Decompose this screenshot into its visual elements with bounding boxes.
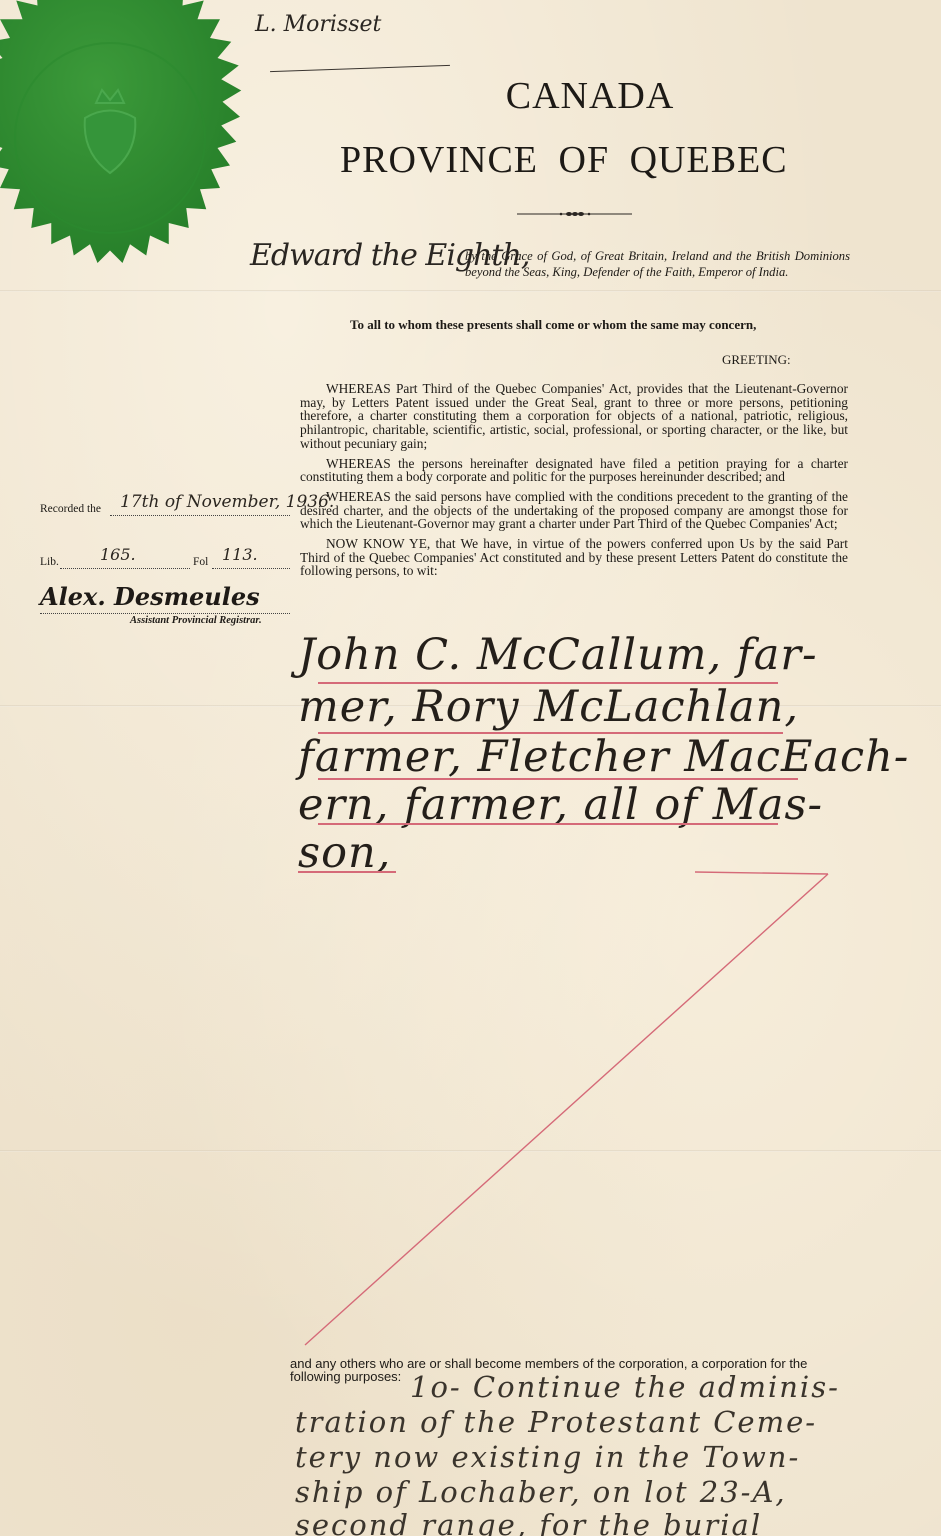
paper-fold (0, 1150, 941, 1152)
paragraph-now-know-ye: NOW KNOW YE, that We have, in virtue of … (300, 537, 848, 578)
purposes-line-2: tration of the Protestant Ceme- (295, 1405, 817, 1439)
greeting: GREETING: (722, 352, 791, 368)
signature-underline (270, 65, 450, 72)
persons-line-2: mer, Rory McLachlan, (298, 682, 799, 732)
addressee-line: To all to whom these presents shall come… (350, 317, 756, 333)
fol-label: Fol (193, 556, 208, 568)
lib-value: 165. (100, 545, 136, 564)
fol-dotted-line (212, 568, 290, 569)
top-signature: L. Morisset (255, 12, 381, 37)
purposes-line-5: second range, for the burial (295, 1508, 762, 1536)
purposes-line-4: ship of Lochaber, on lot 23-A, (295, 1475, 787, 1509)
fol-value: 113. (222, 545, 258, 564)
sovereign-titles: by the Grace of God, of Great Britain, I… (465, 248, 850, 280)
registrar-dotted-line (40, 613, 290, 614)
registrar-signature: Alex. Desmeules (40, 582, 260, 611)
registrar-title: Assistant Provincial Registrar. (130, 615, 262, 626)
red-underline (318, 823, 778, 825)
header-canada: CANADA (0, 74, 941, 118)
header-province: PROVINCE OF QUEBEC (340, 138, 788, 182)
recorded-date-handwritten: 17th of November, 1936. (120, 492, 334, 512)
purposes-line-1: 1o- Continue the adminis- (410, 1370, 840, 1404)
lib-label: Lib. (40, 556, 59, 568)
green-seal-icon (0, 0, 250, 290)
preamble-body: WHEREAS Part Third of the Quebec Compani… (300, 382, 848, 584)
ornament-divider-icon (517, 211, 632, 217)
persons-line-3: farmer, Fletcher MacEach- (298, 732, 909, 782)
paragraph-whereas-1: WHEREAS Part Third of the Quebec Compani… (300, 382, 848, 451)
persons-line-1: John C. McCallum, far- (298, 630, 817, 680)
recorded-dotted-line (110, 515, 290, 516)
lib-dotted-line (60, 568, 190, 569)
purposes-line-3: tery now existing in the Town- (295, 1440, 800, 1474)
recorded-label: Recorded the (40, 503, 101, 515)
paragraph-whereas-2: WHEREAS the persons hereinafter designat… (300, 457, 848, 484)
paper-fold (0, 290, 941, 292)
paragraph-whereas-3: WHEREAS the said persons have complied w… (300, 490, 848, 531)
red-underline (298, 871, 396, 873)
